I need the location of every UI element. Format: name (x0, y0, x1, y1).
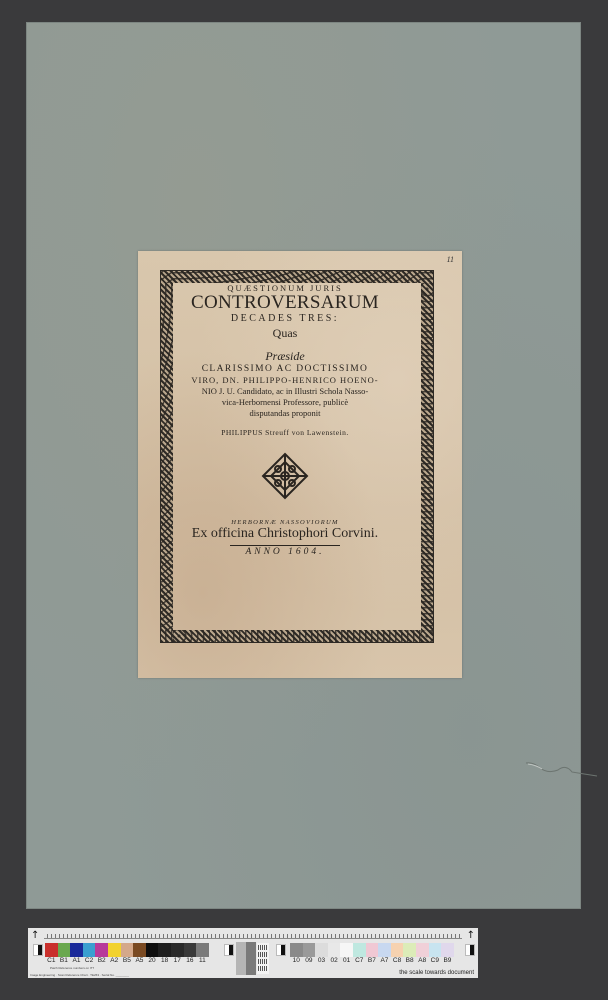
color-swatch (171, 943, 184, 957)
color-swatch (328, 943, 341, 957)
swatch-label: 01 (340, 957, 353, 964)
color-swatch (441, 943, 454, 957)
color-swatch (83, 943, 96, 957)
color-swatch (95, 943, 108, 957)
color-swatch (429, 943, 442, 957)
swatch-label: 17 (171, 957, 184, 964)
swatch-label: B2 (95, 957, 108, 964)
color-swatch (290, 943, 303, 957)
color-swatch (378, 943, 391, 957)
bw-target-left (33, 944, 43, 956)
swatch-label: 16 (184, 957, 197, 964)
swatch-label: B5 (121, 957, 134, 964)
folio-number: 11 (447, 255, 454, 264)
color-swatch (315, 943, 328, 957)
imprint-year: ANNO 1604. (173, 547, 397, 557)
color-swatch (108, 943, 121, 957)
swatch-label: 09 (303, 957, 316, 964)
swatch-label: C8 (391, 957, 404, 964)
swatch-label: B8 (403, 957, 416, 964)
color-swatch (403, 943, 416, 957)
bw-target-far-right (465, 944, 475, 956)
color-swatch (366, 943, 379, 957)
color-swatch (70, 943, 83, 957)
board-tear-mark (524, 760, 599, 780)
dedication-line-4: vica-Herbornensi Professore, publicè (173, 397, 397, 408)
color-calibration-chart: ↑ ↑ C1B1A1C2B2A2B5A52018171611 100903020… (28, 928, 478, 978)
color-swatch (146, 943, 159, 957)
right-swatch-labels: 1009030201C7B7A7C8B8A8C9B9 (290, 957, 454, 964)
imprint-rule (230, 545, 340, 546)
bw-target-right (276, 944, 286, 956)
dedication-line-3: NIO J. U. Candidato, ac in Illustri Scho… (173, 386, 397, 397)
left-swatch-labels: C1B1A1C2B2A2B5A52018171611 (45, 957, 209, 964)
swatch-label: 10 (290, 957, 303, 964)
grey-ramp (236, 942, 256, 975)
swatch-label: 20 (146, 957, 159, 964)
title-line-3: DECADES TRES: (173, 313, 397, 325)
dedication-line-1: CLARISSIMO AC DOCTISSIMO (173, 363, 397, 375)
title-page-leaf: 11 QUÆSTIONUM JURIS CONTROVERSARUM DECAD… (138, 251, 462, 678)
color-swatch (196, 943, 209, 957)
color-swatch (184, 943, 197, 957)
color-swatch (121, 943, 134, 957)
swatch-label: C7 (353, 957, 366, 964)
bw-target-mid (224, 944, 234, 956)
left-swatches (45, 943, 209, 957)
swatch-label: C9 (429, 957, 442, 964)
swatch-label: A7 (378, 957, 391, 964)
color-swatch (303, 943, 316, 957)
color-swatch (58, 943, 71, 957)
imprint-place: HERBORNÆ NASSOVIORUM (173, 519, 397, 526)
swatch-label: 02 (328, 957, 341, 964)
fleuron-ornament-icon (260, 451, 310, 501)
swatch-label: A1 (70, 957, 83, 964)
swatch-label: B1 (58, 957, 71, 964)
color-swatch (391, 943, 404, 957)
swatch-label: C1 (45, 957, 58, 964)
scale-ruler (44, 930, 462, 939)
swatch-label: B7 (366, 957, 379, 964)
title-line-4: Quas (173, 325, 397, 341)
arrow-up-icon: ↑ (31, 930, 39, 941)
imprint-printer: Ex officina Christophori Corvini. (173, 526, 397, 542)
dedication-line-5: disputandas proponit (173, 408, 397, 419)
color-swatch (45, 943, 58, 957)
praeside-line: Præside (173, 349, 397, 363)
swatch-label: 11 (196, 957, 209, 964)
dedication-line-2: VIRO, DN. PHILIPPO-HENRICO HOENO- (173, 375, 397, 386)
color-swatch (416, 943, 429, 957)
title-page-text: QUÆSTIONUM JURIS CONTROVERSARUM DECADES … (173, 283, 397, 557)
resolution-target (257, 943, 269, 974)
swatch-label: B9 (441, 957, 454, 964)
swatch-label: 18 (158, 957, 171, 964)
chart-footer-left: Image Engineering · Scan Reference Chart… (30, 973, 129, 977)
chart-footer-right: the scale towards document (399, 970, 474, 976)
right-swatches (290, 943, 454, 957)
color-swatch (133, 943, 146, 957)
color-swatch (353, 943, 366, 957)
patch-note: Patch Reference numbers on IT7 (50, 966, 94, 970)
swatch-label: A8 (416, 957, 429, 964)
color-swatch (158, 943, 171, 957)
swatch-label: C2 (83, 957, 96, 964)
arrow-up-icon: ↑ (467, 930, 475, 941)
respondent-line: PHILIPPUS Streuff von Lawenstein. (173, 428, 397, 437)
swatch-label: A2 (108, 957, 121, 964)
swatch-label: 03 (315, 957, 328, 964)
title-main: CONTROVERSARUM (173, 293, 397, 313)
color-swatch (340, 943, 353, 957)
swatch-label: A5 (133, 957, 146, 964)
